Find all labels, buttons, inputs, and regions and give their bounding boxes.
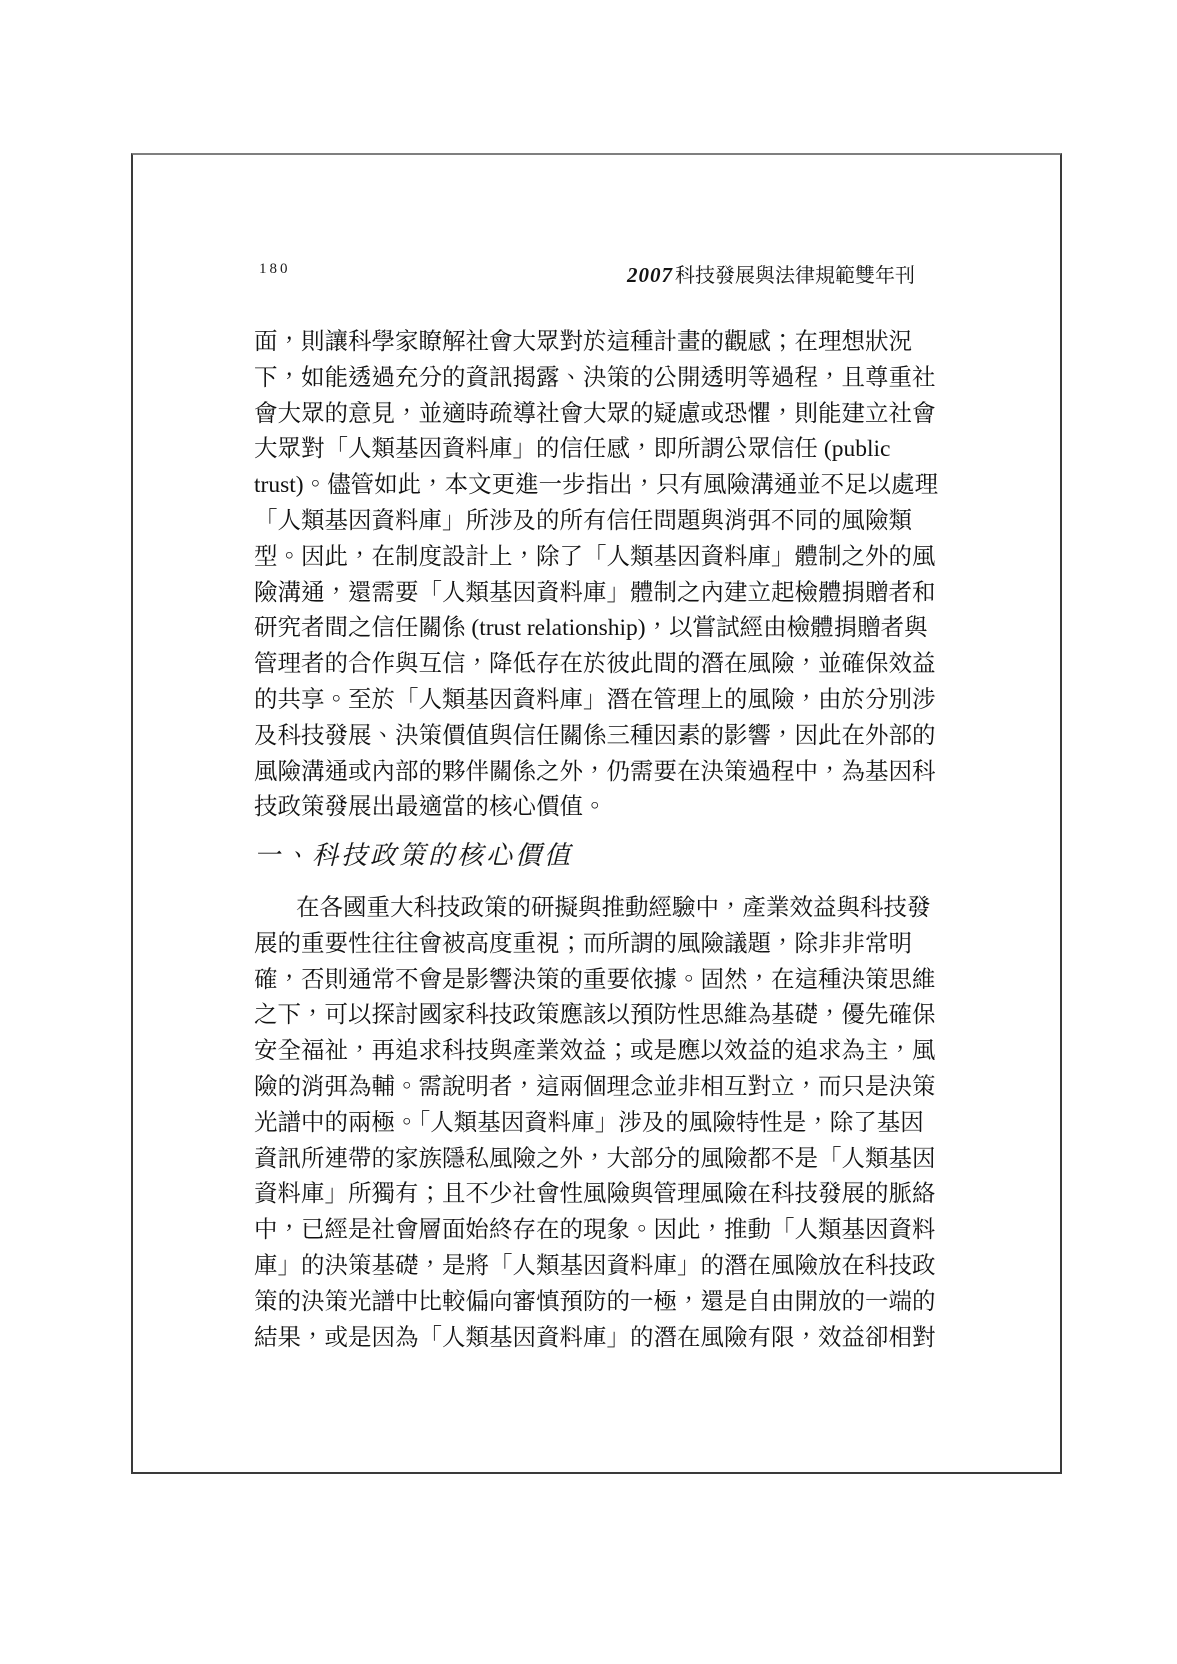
text-line: 的共享。至於「人類基因資料庫」潛在管理上的風險，由於分別涉 [254,683,922,719]
text-line: 資訊所連帶的家族隱私風險之外，大部分的風險都不是「人類基因 [254,1142,922,1178]
paragraph-1: 面，則讓科學家瞭解社會大眾對於這種計畫的觀感；在理想狀況下，如能透過充分的資訊揭… [254,325,922,826]
text-line: 大眾對「人類基因資料庫」的信任感，即所謂公眾信任 (public [254,432,922,468]
text-line: 結果，或是因為「人類基因資料庫」的潛在風險有限，效益卻相對 [254,1321,922,1357]
text-line: 會大眾的意見，並適時疏導社會大眾的疑慮或恐懼，則能建立社會 [254,397,922,433]
page-sheet: 180 2007科技發展與法律規範雙年刊 面，則讓科學家瞭解社會大眾對於這種計畫… [131,153,1062,1474]
text-line: 風險溝通或內部的夥伴關係之外，仍需要在決策過程中，為基因科 [254,755,922,791]
running-head-year: 2007 [627,263,673,287]
text-line: 下，如能透過充分的資訊揭露、決策的公開透明等過程，且尊重社 [254,361,922,397]
scanned-document: 180 2007科技發展與法律規範雙年刊 面，則讓科學家瞭解社會大眾對於這種計畫… [0,0,1177,1664]
text-line: trust)。儘管如此，本文更進一步指出，只有風險溝通並不足以處理 [254,468,922,504]
text-line: 展的重要性往往會被高度重視；而所謂的風險議題，除非非常明 [254,927,922,963]
text-line: 管理者的合作與互信，降低存在於彼此間的潛在風險，並確保效益 [254,647,922,683]
text-line: 型。因此，在制度設計上，除了「人類基因資料庫」體制之外的風 [254,540,922,576]
text-line: 確，否則通常不會是影響決策的重要依據。固然，在這種決策思維 [254,963,922,999]
text-line: 光譜中的兩極。「人類基因資料庫」涉及的風險特性是，除了基因 [254,1106,922,1142]
text-line: 中，已經是社會層面始終存在的現象。因此，推動「人類基因資料 [254,1213,922,1249]
running-head: 2007科技發展與法律規範雙年刊 [627,259,915,288]
page-number: 180 [259,261,291,278]
paragraph-2: 在各國重大科技政策的研擬與推動經驗中，產業效益與科技發展的重要性往往會被高度重視… [254,891,922,1356]
text-line: 資料庫」所獨有；且不少社會性風險與管理風險在科技發展的脈絡 [254,1177,922,1213]
section-heading: 一、科技政策的核心價值 [254,839,573,873]
text-line: 面，則讓科學家瞭解社會大眾對於這種計畫的觀感；在理想狀況 [254,325,922,361]
text-line: 險的消弭為輔。需說明者，這兩個理念並非相互對立，而只是決策 [254,1070,922,1106]
text-line: 及科技發展、決策價值與信任關係三種因素的影響，因此在外部的 [254,719,922,755]
text-line: 在各國重大科技政策的研擬與推動經驗中，產業效益與科技發 [254,891,922,927]
text-line: 策的決策光譜中比較偏向審慎預防的一極，還是自由開放的一端的 [254,1285,922,1321]
text-line: 之下，可以探討國家科技政策應該以預防性思維為基礎，優先確保 [254,998,922,1034]
text-line: 險溝通，還需要「人類基因資料庫」體制之內建立起檢體捐贈者和 [254,576,922,612]
text-line: 安全福祉，再追求科技與產業效益；或是應以效益的追求為主，風 [254,1034,922,1070]
text-line: 庫」的決策基礎，是將「人類基因資料庫」的潛在風險放在科技政 [254,1249,922,1285]
text-line: 技政策發展出最適當的核心價值。 [254,790,922,826]
text-line: 「人類基因資料庫」所涉及的所有信任問題與消弭不同的風險類 [254,504,922,540]
running-head-title: 科技發展與法律規範雙年刊 [675,265,915,287]
text-line: 研究者間之信任關係 (trust relationship)，以嘗試經由檢體捐贈… [254,611,922,647]
